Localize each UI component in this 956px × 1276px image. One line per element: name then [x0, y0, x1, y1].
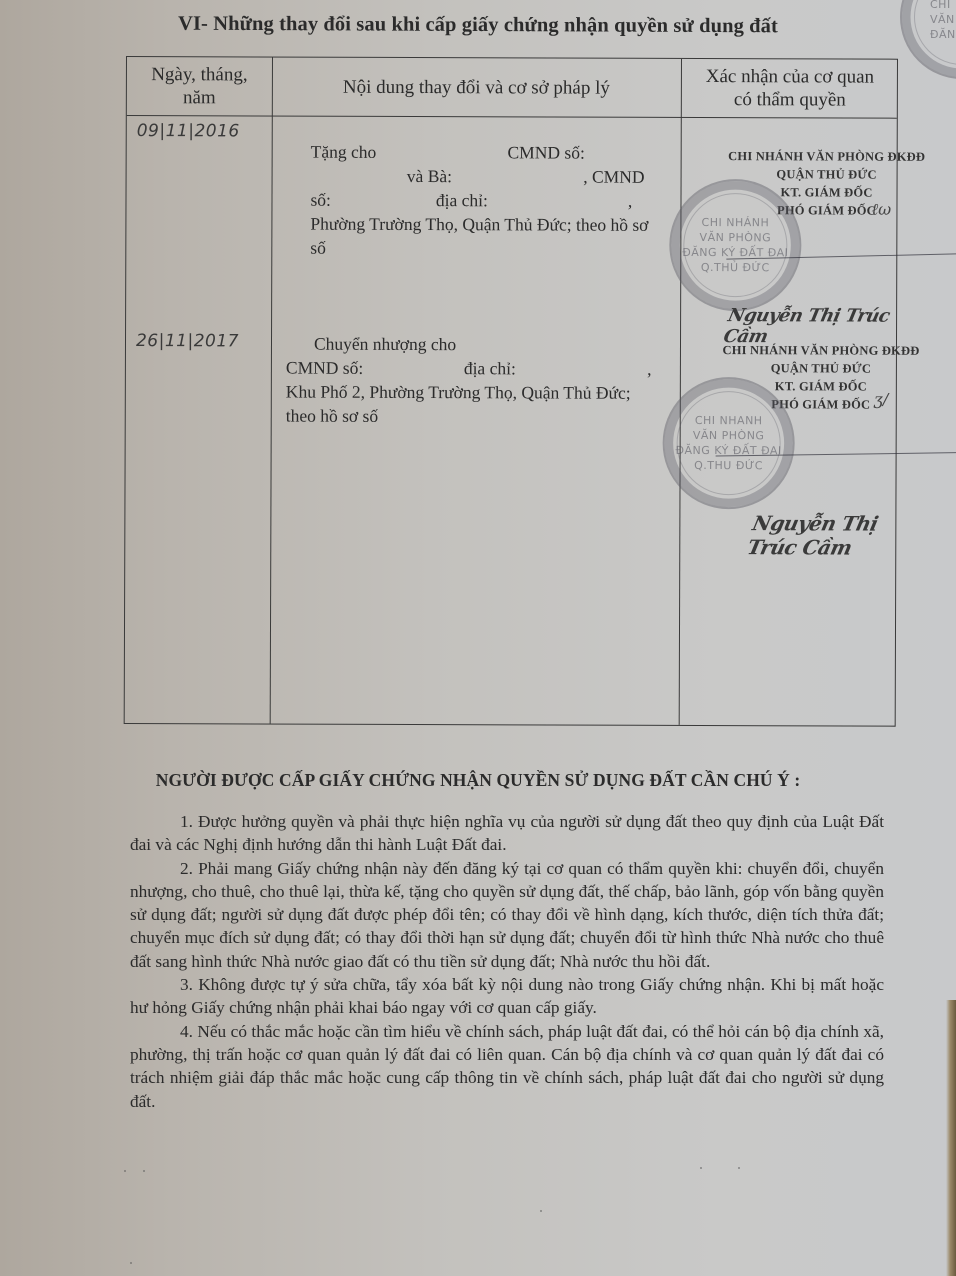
header-confirmation: Xác nhận của cơ quan có thẩm quyền: [681, 59, 899, 118]
page-edge: [946, 1000, 956, 1276]
row-1-initials: ℓω: [871, 200, 891, 220]
paper-speck: [124, 1170, 126, 1172]
paper-speck: [143, 1170, 145, 1172]
column-divider-2: [679, 59, 682, 725]
row-2-signer: Nguyễn Thị Trúc Cầm: [745, 511, 900, 559]
section-title: VI- Những thay đổi sau khi cấp giấy chứn…: [0, 12, 956, 39]
row-2-stamp: CHI NHANH VĂN PHÒNG ĐĂNG KÝ ĐẤT ĐAI Q.TH…: [662, 377, 794, 509]
page-edge-top: [946, 0, 956, 1000]
row-2-date: 26|11|2017: [136, 331, 239, 351]
row-1-date: 09|11|2016: [137, 121, 240, 141]
row-2-stamp-text: CHI NHANH VĂN PHÒNG ĐĂNG KÝ ĐẤT ĐAI Q.TH…: [665, 413, 793, 473]
changes-table: Ngày, tháng, năm Nội dung thay đổi và cơ…: [124, 56, 898, 727]
note-2: 2. Phải mang Giấy chứng nhận này đến đăn…: [130, 857, 884, 973]
row-1-stamp: CHI NHÁNH VĂN PHÒNG ĐĂNG KÝ ĐẤT ĐAI Q.TH…: [669, 179, 801, 311]
paper-speck: [540, 1210, 542, 1212]
row-1-content: Tặng cho CMND số: và Bà: , CMND số: địa …: [310, 140, 648, 261]
column-divider-1: [270, 58, 273, 724]
paper-speck: [700, 1167, 702, 1169]
paper-speck: [738, 1167, 740, 1169]
note-1: 1. Được hưởng quyền và phải thực hiện ng…: [130, 810, 884, 857]
row-2-content: Chuyển nhượng cho CMND số: địa chỉ: , Kh…: [286, 332, 652, 429]
notes-list: 1. Được hưởng quyền và phải thực hiện ng…: [130, 810, 884, 1113]
header-content: Nội dung thay đổi và cơ sở pháp lý: [272, 58, 681, 117]
row-2-initials: ʒ/: [874, 390, 888, 409]
note-4: 4. Nếu có thắc mắc hoặc cần tìm hiểu về …: [130, 1020, 884, 1113]
corner-stamp: CHI VĂN ĐĂNG: [900, 0, 956, 79]
paper-speck: [130, 1262, 132, 1264]
row-1-stamp-text: CHI NHÁNH VĂN PHÒNG ĐĂNG KÝ ĐẤT ĐAI Q.TH…: [671, 215, 799, 275]
note-3: 3. Không được tự ý sửa chữa, tẩy xóa bất…: [130, 973, 884, 1020]
header-date: Ngày, tháng, năm: [127, 57, 272, 116]
notes-title: NGƯỜI ĐƯỢC CẤP GIẤY CHỨNG NHẬN QUYỀN SỬ …: [0, 770, 956, 791]
